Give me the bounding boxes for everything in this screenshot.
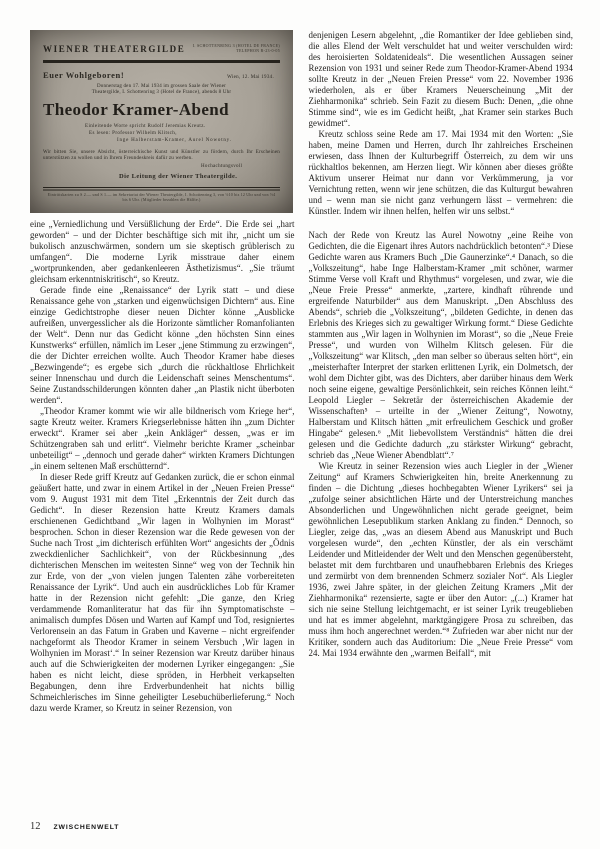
salutation-text: Euer Wohlgeboren!: [43, 70, 124, 80]
journal-page: WIENER THEATERGILDE I. SCHOTTENRING 3 (H…: [0, 0, 600, 849]
appeal-text: Wir bitten Sie, unsere Absicht, österrei…: [43, 150, 280, 163]
page-number: 12: [30, 821, 41, 832]
body-paragraph: Nach der Rede von Kreutz las Aurel Nowot…: [309, 230, 574, 461]
event-title: Theodor Kramer-Abend: [43, 100, 280, 120]
letterhead-title: WIENER THEATERGILDE: [43, 44, 185, 54]
page-footer: 12 ZWISCHENWELT: [30, 821, 119, 832]
closing-formula: Hochachtungsvoll: [43, 164, 280, 169]
ticket-fineprint: Eintrittskarten zu S 2.— und S 1.— im Se…: [43, 192, 280, 202]
letterhead-rule: [43, 60, 280, 63]
readers-block: Einleitende Worte spricht Rudolf Jeremia…: [43, 123, 280, 144]
invitation-scan-image: WIENER THEATERGILDE I. SCHOTTENRING 3 (H…: [30, 30, 293, 213]
body-paragraph: „Theodor Kramer kommt wie wir alle bildn…: [30, 406, 295, 472]
letterhead-address: I. SCHOTTENRING 3 (HOTEL DE FRANCE) TELE…: [193, 43, 280, 53]
intro-speaker-line: Einleitende Worte spricht Rudolf Jeremia…: [43, 123, 280, 130]
event-details-line1: Donnerstag den 17. Mai 1934 im grossen S…: [97, 84, 226, 89]
two-column-layout: WIENER THEATERGILDE I. SCHOTTENRING 3 (H…: [0, 0, 600, 714]
signature-line: Die Leitung der Wiener Theatergilde.: [43, 173, 280, 180]
invitation-card: WIENER THEATERGILDE I. SCHOTTENRING 3 (H…: [30, 30, 293, 202]
body-paragraph: eine „Verniedlichung und Versüßlichung d…: [30, 219, 295, 285]
body-paragraph: denjenigen Lesern abgelehnt, „die Romant…: [309, 30, 574, 129]
event-details: Donnerstag den 17. Mai 1934 im grossen S…: [43, 84, 280, 97]
event-details-line2: Theatergilde, I. Schottenring 3 (Hotel d…: [92, 90, 231, 95]
journal-name: ZWISCHENWELT: [54, 824, 120, 831]
fineprint-rule: [43, 187, 280, 189]
body-paragraph: Gerade finde eine „Renaissance“ der Lyri…: [30, 285, 295, 406]
readers-line1: Es lesen: Professor Wilhelm Klitsch,: [43, 130, 280, 137]
dateline-text: Wien, 12. Mai 1934.: [227, 75, 280, 80]
left-column: WIENER THEATERGILDE I. SCHOTTENRING 3 (H…: [30, 30, 295, 714]
body-paragraph: In dieser Rede griff Kreutz auf Gedanken…: [30, 472, 295, 714]
body-paragraph: Kreutz schloss seine Rede am 17. Mai 193…: [309, 129, 574, 217]
salutation-row: Euer Wohlgeboren! Wien, 12. Mai 1934.: [43, 70, 280, 80]
letterhead-address-line2: TELEPHON R-23-0-05: [236, 48, 280, 53]
right-column: denjenigen Lesern abgelehnt, „die Romant…: [309, 30, 574, 714]
readers-line2: Inge Halberstam-Kramer, Aurel Nowotny.: [43, 137, 280, 144]
body-paragraph: Wie Kreutz in seiner Rezension wies auch…: [309, 461, 574, 659]
invitation-letterhead: WIENER THEATERGILDE I. SCHOTTENRING 3 (H…: [43, 39, 280, 57]
